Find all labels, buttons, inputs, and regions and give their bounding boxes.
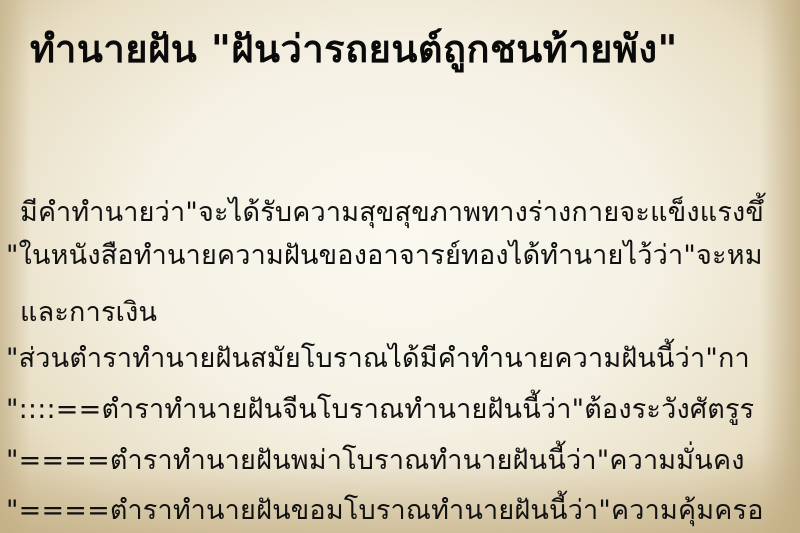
prediction-line-khmer-text: "====ตำราทำนายฝันขอมโบราณทำนายฝันนี้ว่า"… xyxy=(6,488,764,531)
prediction-line-burmese-text: "====ตำราทำนายฝันพม่าโบราณทำนายฝันนี้ว่า… xyxy=(6,438,745,481)
parchment-edge-right xyxy=(760,0,800,533)
prediction-line-ancient-text: "ส่วนตำราทำนายฝันสมัยโบราณได้มีคำทำนายคว… xyxy=(6,336,750,379)
prediction-line-continuation: และการเงิน xyxy=(20,290,157,333)
page-title: ทำนายฝัน "ฝันว่ารถยนต์ถูกชนท้ายพัง" xyxy=(30,18,678,79)
prediction-line-general: มีคำทำนายว่า"จะได้รับความสุขสุขภาพทางร่า… xyxy=(20,190,764,233)
prediction-line-ajarn-thong: "ในหนังสือทำนายความฝันของอาจารย์ทองได้ทำ… xyxy=(6,233,763,276)
prediction-line-chinese-text: "::::==ตำราทำนายฝันจีนโบราณทำนายฝันนี้ว่… xyxy=(6,387,754,430)
